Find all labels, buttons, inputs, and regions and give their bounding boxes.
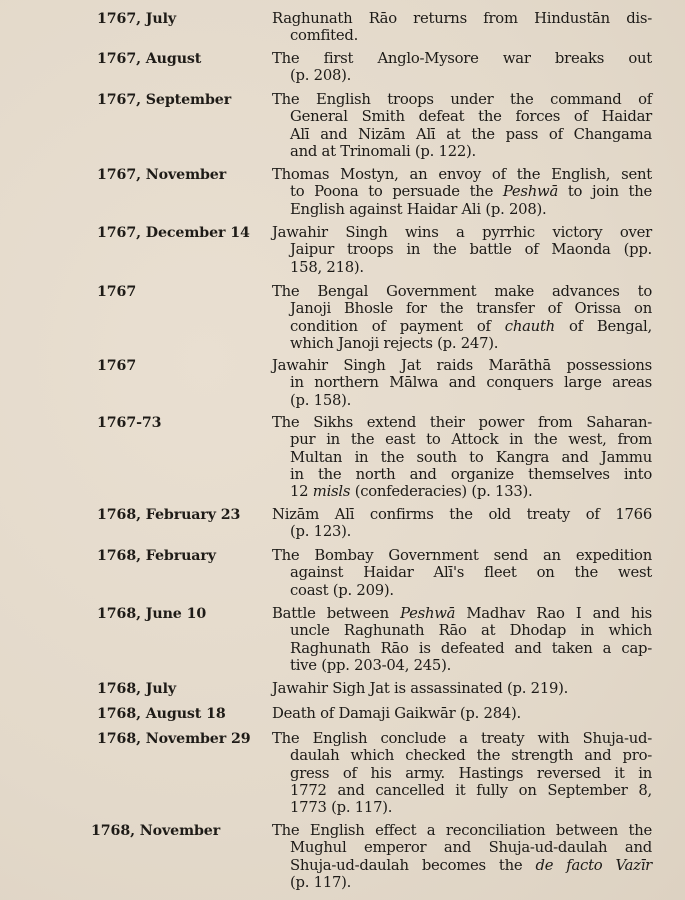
event-line: 1772 and cancelled it fully on September… — [272, 782, 652, 799]
entry-date: 1767, November — [97, 166, 226, 184]
book-page: 1767, July Raghunath Rāo returns from Hi… — [0, 0, 685, 900]
event-line: Nizām Alī confirms the old treaty of 176… — [272, 506, 652, 523]
entry-event: The Sikhs extend their power from Sahara… — [272, 414, 652, 500]
event-line: to Poona to persuade the Peshwā to join … — [272, 183, 652, 200]
event-line: uncle Raghunath Rāo at Dhodap in which — [272, 622, 652, 639]
event-line: pur in the east to Attock in the west, f… — [272, 431, 652, 448]
event-line: Multan in the south to Kangra and Jammu — [272, 449, 652, 466]
entry-date: 1768, February 23 — [97, 506, 240, 524]
event-line: condition of payment of chauth of Bengal… — [272, 318, 652, 335]
event-line: and at Trinomali (p. 122). — [272, 143, 652, 160]
event-line: 158, 218). — [272, 259, 652, 276]
event-line: (p. 123). — [272, 523, 652, 540]
entry-date: 1767, August — [97, 50, 201, 68]
entry-event: Raghunath Rāo returns from Hindustān dis… — [272, 10, 652, 45]
event-line: The English troops under the command of — [272, 91, 652, 108]
entry-date: 1768, November 29 — [97, 730, 250, 748]
event-line: daulah which checked the strength and pr… — [272, 747, 652, 764]
event-line: Janoji Bhosle for the transfer of Orissa… — [272, 300, 652, 317]
italic-term: chauth — [505, 318, 555, 335]
event-line: Raghunath Rāo returns from Hindustān dis… — [272, 10, 652, 27]
event-line: (p. 158). — [272, 392, 652, 409]
event-line: The English conclude a treaty with Shuja… — [272, 730, 652, 747]
entry-date: 1768, August 18 — [97, 705, 226, 723]
entry-event: The Bombay Government send an expedition… — [272, 547, 652, 599]
event-line: Death of Damaji Gaikwār (p. 284). — [272, 705, 652, 722]
entry-event: The first Anglo-Mysore war breaks out (p… — [272, 50, 652, 85]
italic-term: de facto Vazīr — [535, 857, 652, 874]
event-line: The English effect a reconciliation betw… — [272, 822, 652, 839]
event-text: to join the — [558, 183, 652, 200]
event-line: The Sikhs extend their power from Sahara… — [272, 414, 652, 431]
entry-event: The English conclude a treaty with Shuja… — [272, 730, 652, 816]
entry-event: The Bengal Government make advances to J… — [272, 283, 652, 352]
entry-date: 1767-73 — [97, 414, 161, 432]
entry-event: Death of Damaji Gaikwār (p. 284). — [272, 705, 652, 722]
event-line: Jawahir Sigh Jat is assassinated (p. 219… — [272, 680, 652, 697]
entry-date: 1768, July — [97, 680, 176, 698]
event-line: in the north and organize themselves int… — [272, 466, 652, 483]
event-text: of Bengal, — [555, 318, 652, 335]
event-line: Jaipur troops in the battle of Maonda (p… — [272, 241, 652, 258]
event-line: General Smith defeat the forces of Haida… — [272, 108, 652, 125]
entry-date: 1767 — [97, 357, 136, 375]
event-line: 12 misls (confederacies) (p. 133). — [272, 483, 652, 500]
event-text: to Poona to persuade the — [290, 183, 503, 200]
entry-event: Battle between Peshwā Madhav Rao I and h… — [272, 605, 652, 674]
event-line: in northern Mālwa and conquers large are… — [272, 374, 652, 391]
entry-event: Nizām Alī confirms the old treaty of 176… — [272, 506, 652, 541]
event-text: 12 — [290, 483, 313, 500]
entry-date: 1768, November — [91, 822, 220, 840]
event-text: (confederacies) (p. 133). — [350, 483, 532, 500]
event-line: gress of his army. Hastings reversed it … — [272, 765, 652, 782]
event-line: coast (p. 209). — [272, 582, 652, 599]
entry-date: 1767, July — [97, 10, 176, 28]
event-line: 1773 (p. 117). — [272, 799, 652, 816]
entry-event: Jawahir Singh wins a pyrrhic victory ove… — [272, 224, 652, 276]
event-line: comfited. — [272, 27, 652, 44]
event-line: Battle between Peshwā Madhav Rao I and h… — [272, 605, 652, 622]
event-line: (p. 117). — [272, 874, 652, 891]
event-line: The Bombay Government send an expedition — [272, 547, 652, 564]
event-text: Shuja-ud-daulah becomes the — [290, 857, 535, 874]
event-line: which Janoji rejects (p. 247). — [272, 335, 652, 352]
italic-term: Peshwā — [503, 183, 558, 200]
event-line: The Bengal Government make advances to — [272, 283, 652, 300]
event-line: Jawahir Singh Jat raids Marāthā possessi… — [272, 357, 652, 374]
event-line: Alī and Nizām Alī at the pass of Changam… — [272, 126, 652, 143]
event-line: The first Anglo-Mysore war breaks out — [272, 50, 652, 67]
event-line: (p. 208). — [272, 67, 652, 84]
event-line: Thomas Mostyn, an envoy of the English, … — [272, 166, 652, 183]
event-line: Jawahir Singh wins a pyrrhic victory ove… — [272, 224, 652, 241]
event-text: Battle between — [272, 605, 400, 622]
entry-date: 1767, December 14 — [97, 224, 250, 242]
event-line: against Haidar Alī's fleet on the west — [272, 564, 652, 581]
entry-event: Jawahir Sigh Jat is assassinated (p. 219… — [272, 680, 652, 697]
event-text: Madhav Rao I and his — [455, 605, 652, 622]
entry-event: The English effect a reconciliation betw… — [272, 822, 652, 891]
event-text: condition of payment of — [290, 318, 505, 335]
entry-date: 1767 — [97, 283, 136, 301]
italic-term: Peshwā — [400, 605, 455, 622]
entry-event: Jawahir Singh Jat raids Marāthā possessi… — [272, 357, 652, 409]
entry-event: The English troops under the command of … — [272, 91, 652, 160]
entry-date: 1768, February — [97, 547, 216, 565]
entry-date: 1767, September — [97, 91, 231, 109]
italic-term: misls — [313, 483, 350, 500]
entry-date: 1768, June 10 — [97, 605, 206, 623]
event-line: English against Haidar Ali (p. 208). — [272, 201, 652, 218]
event-line: Mughul emperor and Shuja-ud-daulah and — [272, 839, 652, 856]
event-line: Shuja-ud-daulah becomes the de facto Vaz… — [272, 857, 652, 874]
entry-event: Thomas Mostyn, an envoy of the English, … — [272, 166, 652, 218]
event-line: Raghunath Rāo is defeated and taken a ca… — [272, 640, 652, 657]
event-line: tive (pp. 203-04, 245). — [272, 657, 652, 674]
